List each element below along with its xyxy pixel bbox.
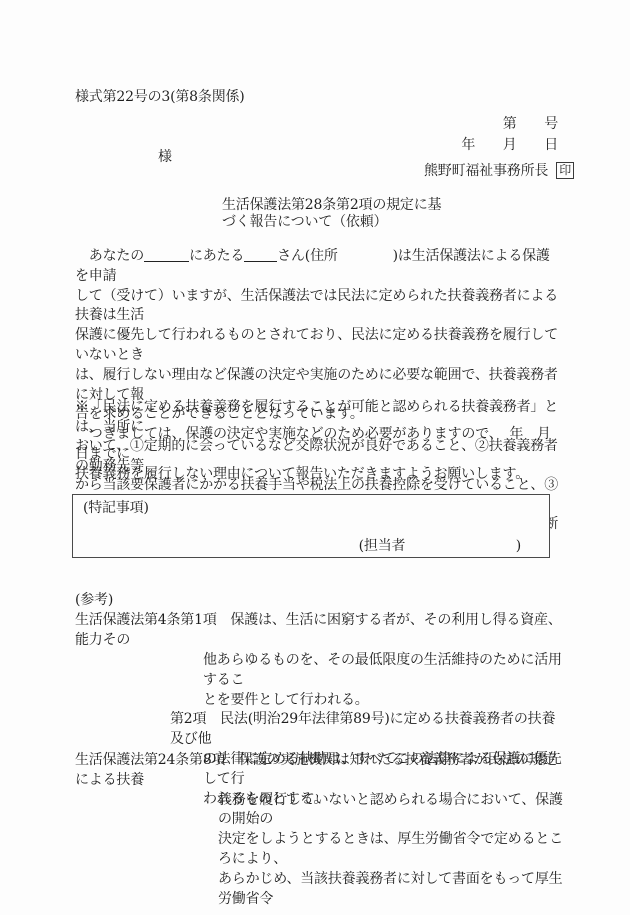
reference-line: 決定をしようとするときは、厚生労働省令で定めるところにより、 [75,830,567,870]
title-line-1: 生活保護法第28条第2項の規定に基 [222,197,441,214]
form-number: 様式第22号の3(第8条関係) [75,86,245,106]
reference-section-article24: 生活保護法第24条第8項 保護の実施機関は知れたる扶養義務者が民法の規定による扶… [75,751,567,909]
note-line: おいて、①定期的に会っているなど交際状況が良好であること、②扶養義務者の勤務先等 [75,437,565,476]
blank-relationship-field [144,248,189,262]
body-line: して（受けて）いますが、生活保護法では民法に定められた扶養義務者による扶養は生活 [75,287,561,327]
document-title: 生活保護法第28条第2項の規定に基 づく報告について（依頼） [222,197,441,231]
intro-text-1: あなたの [75,248,144,264]
body-line: 保護に優先して行われるものとされており、民法に定める扶養義務を履行していないとき [75,326,561,366]
reference-line: 生活保護法第4条第1項 保護は、生活に困窮する者が、その利用し得る資産、能力その [75,611,567,651]
blank-name-field [244,248,277,262]
intro-text-2: にあたる [189,248,244,264]
addressee-honorific: 様 [158,146,172,166]
reference-heading: (参考) [75,591,567,611]
sender-line: 熊野町福祉事務所長印 [424,160,574,180]
document-page: 様式第22号の3(第8条関係) 第 号 年 月 日 様 熊野町福祉事務所長印 生… [0,0,630,915]
special-notes-label: (特記事項) [83,497,149,517]
note-line: ※「民法に定める扶養義務を履行することが可能と認められる扶養義務者」とは、当所に [75,398,565,437]
body-line-intro: あなたのにあたるさん(住所)は生活保護法による保護を申請 [75,247,561,287]
reference-line: あらかじめ、当該扶養義務者に対して書面をもって厚生労働省令 [75,870,567,910]
date-line: 年 月 日 [461,134,558,154]
title-line-2: づく報告について（依頼） [222,214,441,231]
intro-text-3: さん(住所 [277,248,337,264]
seal-stamp-box: 印 [556,162,574,179]
reference-line: 他あらゆるものを、その最低限度の生活維持のために活用するこ [75,651,567,691]
special-notes-box: (特記事項) (担当者 ) [72,494,550,558]
document-number-line: 第 号 [503,113,558,133]
reference-line: 義務を履行していないと認められる場合において、保護の開始の [75,791,567,831]
reference-line: 第2項 民法(明治29年法律第89号)に定める扶養義務者の扶養及び他 [75,710,567,750]
reference-line: とを要件として行われる。 [75,691,567,711]
staff-in-charge-field: (担当者 ) [359,535,521,555]
sender-name: 熊野町福祉事務所長 [424,163,548,179]
reference-line: 生活保護法第24条第8項 保護の実施機関は知れたる扶養義務者が民法の規定による扶… [75,751,567,791]
